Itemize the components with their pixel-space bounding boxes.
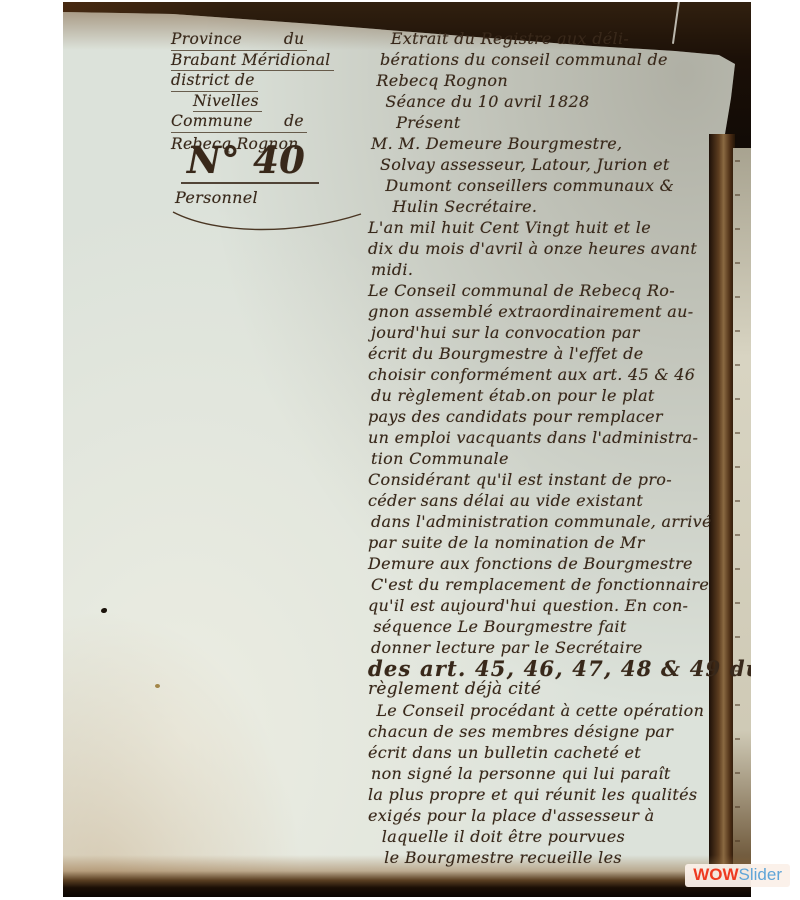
manuscript-line: Solvay assesseur, Latour, Jurion et bbox=[380, 154, 720, 175]
margin-annotations: Province duBrabant Méridionaldistrict de… bbox=[171, 30, 371, 154]
manuscript-line: la plus propre et qui réunit les qualité… bbox=[368, 784, 720, 805]
manuscript-line: Le Conseil communal de Rebecq Ro- bbox=[368, 280, 720, 301]
margin-line: Commune de bbox=[171, 112, 307, 133]
subject-label: Personnel bbox=[175, 188, 258, 207]
manuscript-line: Considérant qu'il est instant de pro- bbox=[368, 469, 720, 490]
manuscript-line: donner lecture par le Secrétaire bbox=[371, 637, 720, 658]
manuscript-line: C'est du remplacement de fonctionnaire bbox=[371, 574, 720, 595]
manuscript-line: dix du mois d'avril à onze heures avant bbox=[368, 238, 720, 259]
manuscript-line: bérations du conseil communal de bbox=[380, 49, 720, 70]
manuscript-line: séquence Le Bourgmestre fait bbox=[368, 616, 720, 637]
manuscript-line: midi. bbox=[371, 259, 720, 280]
manuscript-line: Rebecq Rognon bbox=[371, 70, 720, 91]
page: Province duBrabant Méridionaldistrict de… bbox=[0, 0, 800, 900]
manuscript-line: laquelle il doit être pourvues bbox=[371, 826, 720, 847]
manuscript-photo: Province duBrabant Méridionaldistrict de… bbox=[63, 2, 751, 897]
manuscript-line: règlement déjà cité bbox=[368, 679, 720, 700]
manuscript-line: Dumont conseillers communaux & bbox=[380, 175, 720, 196]
manuscript-line: Présent bbox=[380, 112, 720, 133]
adjacent-page-writing-specks bbox=[735, 160, 740, 847]
manuscript-line: un emploi vacquants dans l'administra- bbox=[368, 427, 720, 448]
manuscript-line: L'an mil huit Cent Vingt huit et le bbox=[368, 217, 720, 238]
manuscript-line: chacun de ses membres désigne par bbox=[368, 721, 720, 742]
manuscript-body-text: Extrait du Registre aux déli-bérations d… bbox=[368, 28, 720, 868]
manuscript-line: par suite de la nomination de Mr bbox=[368, 532, 720, 553]
margin-line: district de bbox=[171, 71, 258, 92]
manuscript-line: non signé la personne qui lui paraît bbox=[371, 763, 720, 784]
adjacent-page-edge bbox=[733, 148, 751, 895]
manuscript-line: choisir conformément aux art. 45 & 46 bbox=[368, 364, 720, 385]
manuscript-line: Demure aux fonctions de Bourgmestre bbox=[368, 553, 720, 574]
manuscript-line: céder sans délai au vide existant bbox=[368, 490, 720, 511]
manuscript-line: qu'il est aujourd'hui question. En con- bbox=[368, 595, 720, 616]
manuscript-line: écrit du Bourgmestre à l'effet de bbox=[368, 343, 720, 364]
flourish-curve bbox=[167, 207, 367, 235]
manuscript-line: jourd'hui sur la convocation par bbox=[371, 322, 720, 343]
manuscript-line: le Bourgmestre recueille les bbox=[368, 847, 720, 868]
manuscript-line: gnon assemblé extraordinairement au- bbox=[368, 301, 720, 322]
document-number: N° 40 bbox=[181, 140, 319, 184]
margin-line: Province du bbox=[171, 30, 307, 51]
manuscript-line: M. M. Demeure Bourgmestre, bbox=[371, 133, 720, 154]
margin-line: Nivelles bbox=[193, 92, 262, 113]
manuscript-line: écrit dans un bulletin cacheté et bbox=[368, 742, 720, 763]
manuscript-line: Séance du 10 avril 1828 bbox=[380, 91, 720, 112]
manuscript-line: des art. 45, 46, 47, 48 & 49 du bbox=[368, 658, 720, 679]
manuscript-line: dans l'administration communale, arrivé bbox=[371, 511, 720, 532]
watermark-slider-text: Slider bbox=[739, 865, 782, 884]
manuscript-line: Hulin Secrétaire. bbox=[371, 196, 720, 217]
paper-stain bbox=[155, 684, 160, 688]
manuscript-line: Le Conseil procédant à cette opération bbox=[371, 700, 720, 721]
margin-line: Brabant Méridional bbox=[171, 51, 334, 72]
manuscript-line: du règlement étab.on pour le plat bbox=[371, 385, 720, 406]
wowslider-watermark[interactable]: WOWSlider bbox=[685, 864, 790, 887]
manuscript-line: Extrait du Registre aux déli- bbox=[380, 28, 720, 49]
manuscript-line: exigés pour la place d'assesseur à bbox=[368, 805, 720, 826]
watermark-wow-text: WOW bbox=[693, 865, 738, 884]
manuscript-line: tion Communale bbox=[371, 448, 720, 469]
manuscript-line: pays des candidats pour remplacer bbox=[368, 406, 720, 427]
